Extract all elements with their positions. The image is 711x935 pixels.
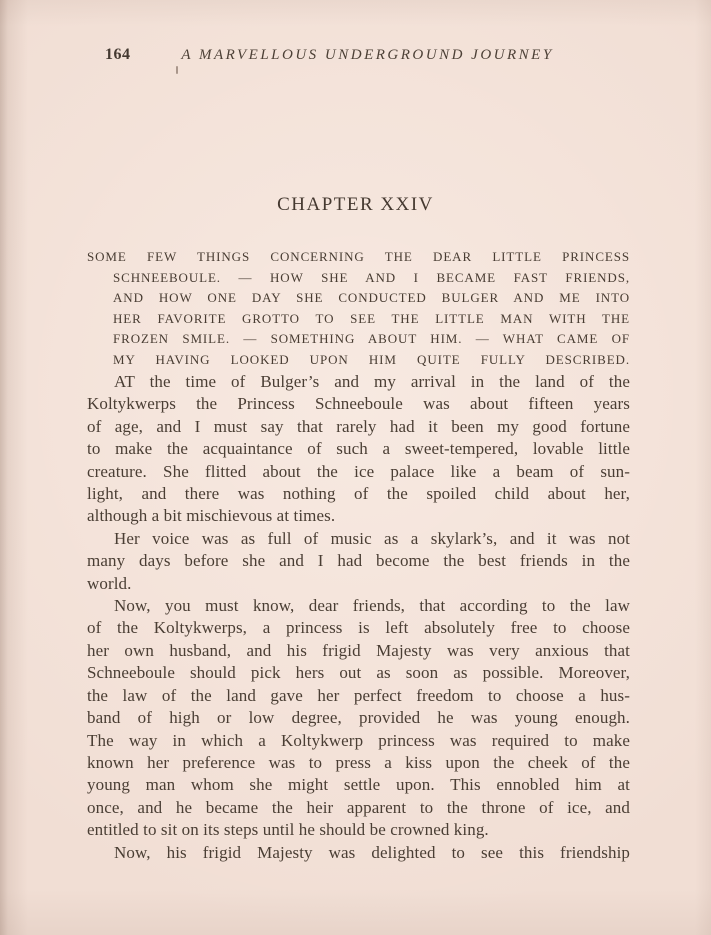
body-line: AT the time of Bulger’s and my arrival i… bbox=[87, 371, 630, 393]
book-page: 164 A MARVELLOUS UNDERGROUND JOURNEY CHA… bbox=[0, 0, 711, 935]
body-line: Schneeboule should pick hers out as soon… bbox=[87, 662, 630, 684]
body-line: Koltykwerps the Princess Schneeboule was… bbox=[87, 393, 630, 415]
body-line: The way in which a Koltykwerp princess w… bbox=[87, 730, 630, 752]
body-line: creature. She flitted about the ice pala… bbox=[87, 461, 630, 483]
body-line: young man whom she might settle upon. Th… bbox=[87, 774, 630, 796]
body-line: of the Koltykwerps, a princess is left a… bbox=[87, 617, 630, 639]
body-line: although a bit mischievous at times. bbox=[87, 505, 630, 527]
body-line: world. bbox=[87, 573, 630, 595]
chapter-summary: SOME FEW THINGS CONCERNING THE DEAR LITT… bbox=[87, 247, 630, 371]
body-line: to make the acquaintance of such a sweet… bbox=[87, 438, 630, 460]
running-title: A MARVELLOUS UNDERGROUND JOURNEY bbox=[181, 47, 553, 64]
body-line: known her preference was to press a kiss… bbox=[87, 752, 630, 774]
page-number: 164 bbox=[105, 46, 131, 64]
body-line: light, and there was nothing of the spoi… bbox=[87, 483, 630, 505]
summary-line: MY HAVING LOOKED UPON HIM QUITE FULLY DE… bbox=[87, 350, 630, 371]
body-line: Now, you must know, dear friends, that a… bbox=[87, 595, 630, 617]
body-line: many days before she and I had become th… bbox=[87, 550, 630, 572]
chapter-heading: CHAPTER XXIV bbox=[0, 194, 711, 216]
body-line: Her voice was as full of music as a skyl… bbox=[87, 528, 630, 550]
body-line: her own husband, and his frigid Majesty … bbox=[87, 640, 630, 662]
body-line: Now, his frigid Majesty was delighted to… bbox=[87, 842, 630, 864]
summary-line: FROZEN SMILE. — SOMETHING ABOUT HIM. — W… bbox=[87, 329, 630, 350]
body-line: band of high or low degree, provided he … bbox=[87, 707, 630, 729]
body-line: of age, and I must say that rarely had i… bbox=[87, 416, 630, 438]
body-text: AT the time of Bulger’s and my arrival i… bbox=[87, 371, 630, 864]
summary-line: HER FAVORITE GROTTO TO SEE THE LITTLE MA… bbox=[87, 309, 630, 330]
summary-line: AND HOW ONE DAY SHE CONDUCTED BULGER AND… bbox=[87, 288, 630, 309]
body-line: once, and he became the heir apparent to… bbox=[87, 797, 630, 819]
print-artifact bbox=[176, 66, 178, 74]
body-line: the law of the land gave her perfect fre… bbox=[87, 685, 630, 707]
body-line: entitled to sit on its steps until he sh… bbox=[87, 819, 630, 841]
summary-line: SOME FEW THINGS CONCERNING THE DEAR LITT… bbox=[87, 247, 630, 268]
summary-line: SCHNEEBOULE. — HOW SHE AND I BECAME FAST… bbox=[87, 268, 630, 289]
